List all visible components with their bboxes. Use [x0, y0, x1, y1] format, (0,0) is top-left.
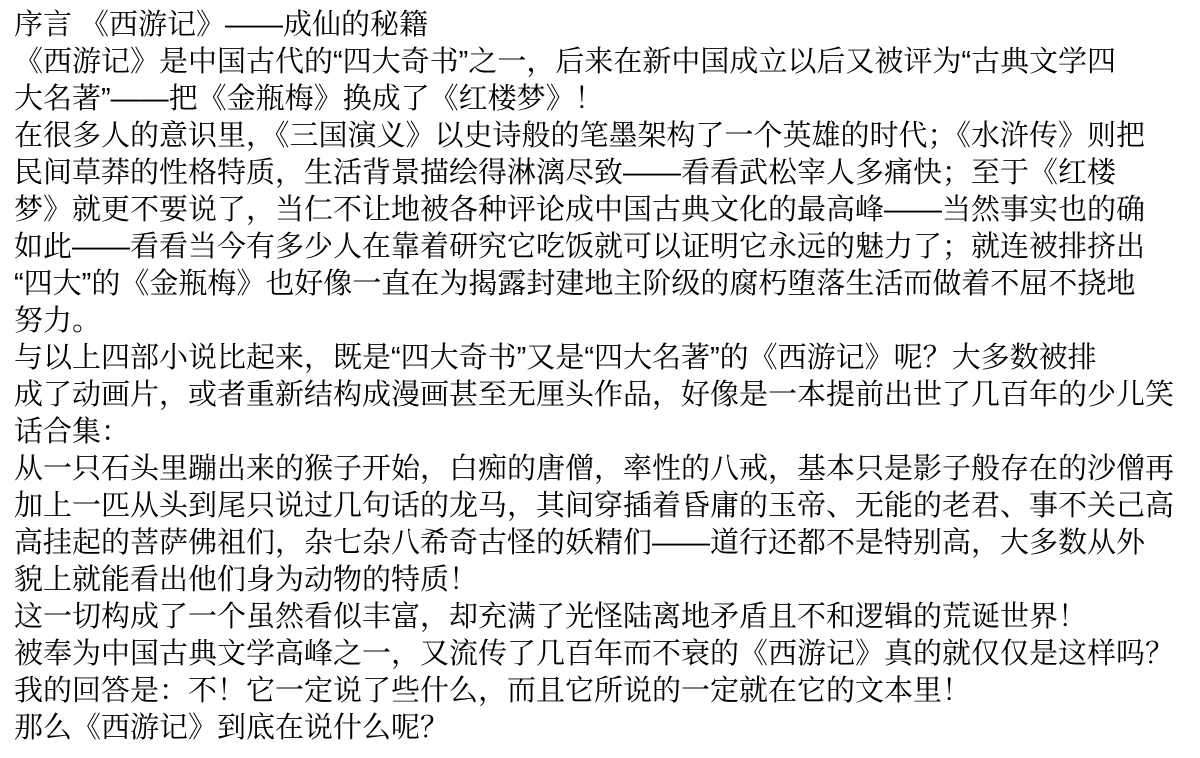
text-line: 从一只石头里蹦出来的猴子开始，白痴的唐僧，率性的八戒，基本只是影子般存在的沙僧再: [14, 451, 1192, 488]
text-line: 貌上就能看出他们身为动物的特质！: [14, 562, 1192, 599]
text-line: 与以上四部小说比起来，既是“四大奇书”又是“四大名著”的《西游记》呢？大多数被排: [14, 340, 1192, 377]
text-line: 民间草莽的性格特质，生活背景描绘得淋漓尽致——看看武松宰人多痛快；至于《红楼: [14, 155, 1192, 192]
text-line: 话合集：: [14, 414, 1192, 451]
text-line: 这一切构成了一个虽然看似丰富，却充满了光怪陆离地矛盾且不和逻辑的荒诞世界！: [14, 599, 1192, 636]
text-line: 被奉为中国古典文学高峰之一，又流传了几百年而不衰的《西游记》真的就仅仅是这样吗？: [14, 636, 1192, 673]
text-line: 大名著”——把《金瓶梅》换成了《红楼梦》！: [14, 81, 1192, 118]
text-line-title: 序言 《西游记》——成仙的秘籍: [14, 7, 1192, 44]
text-line: 《西游记》是中国古代的“四大奇书”之一，后来在新中国成立以后又被评为“古典文学四: [14, 44, 1192, 81]
text-line: 我的回答是：不！它一定说了些什么，而且它所说的一定就在它的文本里！: [14, 673, 1192, 710]
text-line: 那么《西游记》到底在说什么呢？: [14, 710, 1192, 747]
text-line: 在很多人的意识里，《三国演义》以史诗般的笔墨架构了一个英雄的时代；《水浒传》则把: [14, 118, 1192, 155]
text-line: 高挂起的菩萨佛祖们，杂七杂八希奇古怪的妖精们——道行还都不是特别高，大多数从外: [14, 525, 1192, 562]
text-line: 如此——看看当今有多少人在靠着研究它吃饭就可以证明它永远的魅力了；就连被排挤出: [14, 229, 1192, 266]
text-line: 梦》就更不要说了，当仁不让地被各种评论成中国古典文化的最高峰——当然事实也的确: [14, 192, 1192, 229]
text-line: “四大”的《金瓶梅》也好像一直在为揭露封建地主阶级的腐朽堕落生活而做着不屈不挠地: [14, 266, 1192, 303]
document-page: 序言 《西游记》——成仙的秘籍 《西游记》是中国古代的“四大奇书”之一，后来在新…: [0, 0, 1200, 758]
text-line: 努力。: [14, 303, 1192, 340]
text-line: 成了动画片，或者重新结构成漫画甚至无厘头作品，好像是一本提前出世了几百年的少儿笑: [14, 377, 1192, 414]
text-line: 加上一匹从头到尾只说过几句话的龙马，其间穿插着昏庸的玉帝、无能的老君、事不关己高: [14, 488, 1192, 525]
